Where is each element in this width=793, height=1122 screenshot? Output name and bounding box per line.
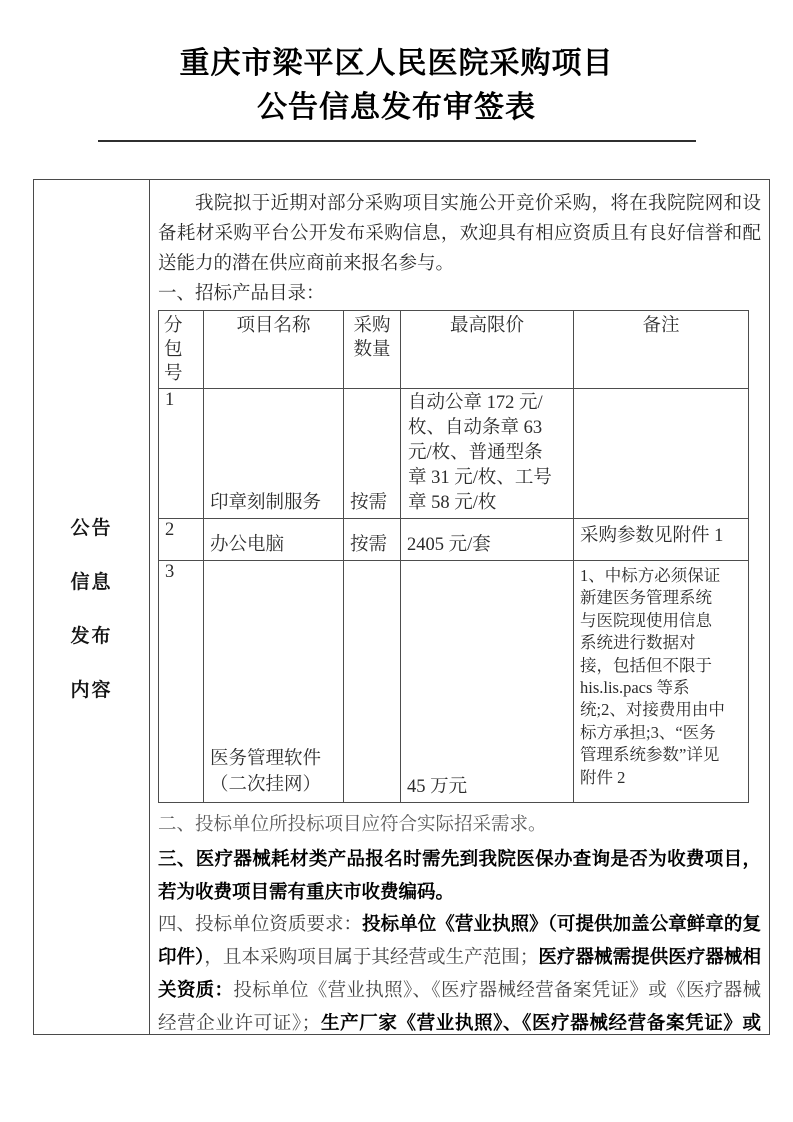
row3-project-name: 医务管理软件（二次挂网）: [204, 561, 344, 803]
table-row: 1 印章刻制服务 按需 自动公章 172 元/枚、自动条章 63 元/枚、普通型…: [159, 389, 749, 519]
section4-paragraph: 四、投标单位资质要求：投标单位《营业执照》（可提供加盖公章鲜章的复印件），且本采…: [158, 908, 761, 1034]
header-project-name: 项目名称: [204, 311, 344, 389]
section4-segment: 四、投标单位资质要求：: [158, 915, 362, 935]
document-title-line-2: 公告信息发布审签表: [0, 86, 793, 130]
row1-project-name: 印章刻制服务: [204, 389, 344, 519]
table-row: 2 办公电脑 按需 2405 元/套 采购参数见附件 1: [159, 519, 749, 561]
header-package-no: 分包号: [159, 311, 204, 389]
header-max-price: 最高限价: [401, 311, 574, 389]
row2-package-no: 2: [159, 519, 204, 561]
row2-quantity: 按需: [344, 519, 401, 561]
row-label-word-3: 发布: [70, 621, 112, 648]
row2-remark: 采购参数见附件 1: [574, 519, 749, 561]
table-header-row: 分包号 项目名称 采购数量 最高限价 备注: [159, 311, 749, 389]
row-label-word-4: 内容: [70, 675, 112, 702]
row1-max-price: 自动公章 172 元/枚、自动条章 63 元/枚、普通型条章 31 元/枚、工号…: [401, 389, 574, 519]
form-content-cell: 我院拟于近期对部分采购项目实施公开竞价采购，将在我院院网和设备耗材采购平台公开发…: [150, 180, 769, 1034]
row1-remark: [574, 389, 749, 519]
title-underline: [98, 140, 696, 142]
header-remark: 备注: [574, 311, 749, 389]
row3-project-name-text: 医务管理软件（二次挂网）: [210, 746, 328, 798]
row3-remark: 1、中标方必须保证新建医务管理系统与医院现使用信息系统进行数据对接，包括但不限于…: [574, 561, 749, 803]
row1-quantity: 按需: [344, 389, 401, 519]
catalog-heading: 一、招标产品目录：: [158, 279, 761, 309]
form-row-label: 公告 信息 发布 内容: [34, 180, 150, 1034]
row-label-word-2: 信息: [70, 567, 112, 594]
row2-max-price: 2405 元/套: [401, 519, 574, 561]
row3-package-no: 3: [159, 561, 204, 803]
intro-paragraph: 我院拟于近期对部分采购项目实施公开竞价采购，将在我院院网和设备耗材采购平台公开发…: [158, 189, 761, 279]
approval-form-table: 公告 信息 发布 内容 我院拟于近期对部分采购项目实施公开竞价采购，将在我院院网…: [33, 179, 770, 1035]
row3-quantity: [344, 561, 401, 803]
product-catalog-table: 分包号 项目名称 采购数量 最高限价 备注 1 印章刻制服务 按需 自动公章 1…: [158, 310, 749, 803]
section4-segment: ，且本采购项目属于其经营或生产范围；: [204, 948, 538, 968]
header-quantity: 采购数量: [344, 311, 401, 389]
document-page: 重庆市梁平区人民医院采购项目 公告信息发布审签表 公告 信息 发布 内容 我院拟…: [0, 0, 793, 1122]
row3-max-price: 45 万元: [401, 561, 574, 803]
document-title-line-1: 重庆市梁平区人民医院采购项目: [0, 42, 793, 86]
document-title: 重庆市梁平区人民医院采购项目 公告信息发布审签表: [0, 0, 793, 142]
row2-project-name: 办公电脑: [204, 519, 344, 561]
row1-package-no: 1: [159, 389, 204, 519]
table-row: 3 医务管理软件（二次挂网） 45 万元 1、中标方必须保证新建医务管理系统与医…: [159, 561, 749, 803]
section3-paragraph: 三、医疗器械耗材类产品报名时需先到我院医保办查询是否为收费项目，若为收费项目需有…: [158, 842, 761, 908]
row-label-word-1: 公告: [70, 513, 112, 540]
section2-paragraph: 二、投标单位所投标项目应符合实际招采需求。: [158, 809, 761, 842]
